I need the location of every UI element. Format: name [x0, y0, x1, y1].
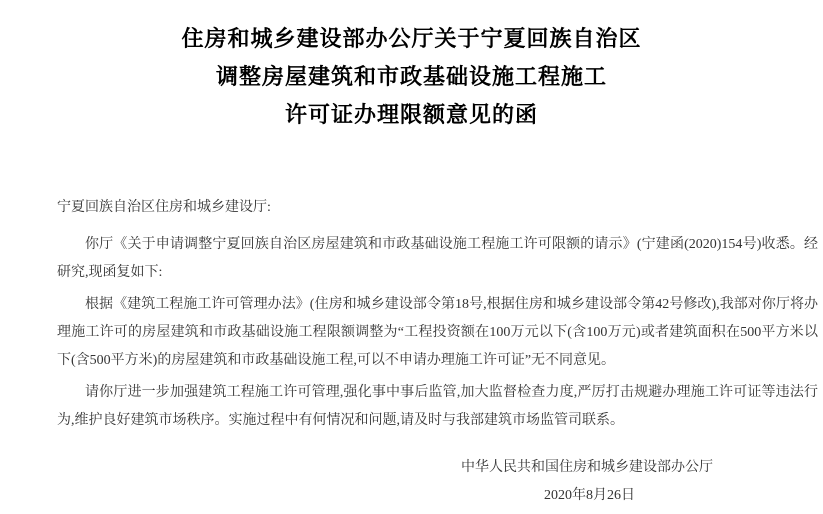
title-line-1: 住房和城乡建设部办公厅关于宁夏回族自治区	[0, 20, 823, 58]
salutation: 宁夏回族自治区住房和城乡建设厅:	[57, 194, 818, 222]
paragraph-supervision-request: 请你厅进一步加强建筑工程施工许可管理,强化事中事后监管,加大监督检查力度,严厉打…	[57, 379, 818, 435]
document-title: 住房和城乡建设部办公厅关于宁夏回族自治区 调整房屋建筑和市政基础设施工程施工 许…	[0, 0, 823, 134]
document-page: 住房和城乡建设部办公厅关于宁夏回族自治区 调整房屋建筑和市政基础设施工程施工 许…	[0, 0, 823, 514]
signature-date: 2020年8月26日	[0, 482, 823, 510]
signer-name: 中华人民共和国住房和城乡建设部办公厅	[0, 454, 823, 482]
title-line-3: 许可证办理限额意见的函	[0, 96, 823, 134]
signature-block: 中华人民共和国住房和城乡建设部办公厅 2020年8月26日	[0, 454, 823, 510]
paragraph-limit-adjustment: 根据《建筑工程施工许可管理办法》(住房和城乡建设部令第18号,根据住房和城乡建设…	[57, 291, 818, 375]
title-line-2: 调整房屋建筑和市政基础设施工程施工	[0, 58, 823, 96]
paragraph-reply-intro: 你厅《关于申请调整宁夏回族自治区房屋建筑和市政基础设施工程施工许可限额的请示》(…	[57, 231, 818, 287]
